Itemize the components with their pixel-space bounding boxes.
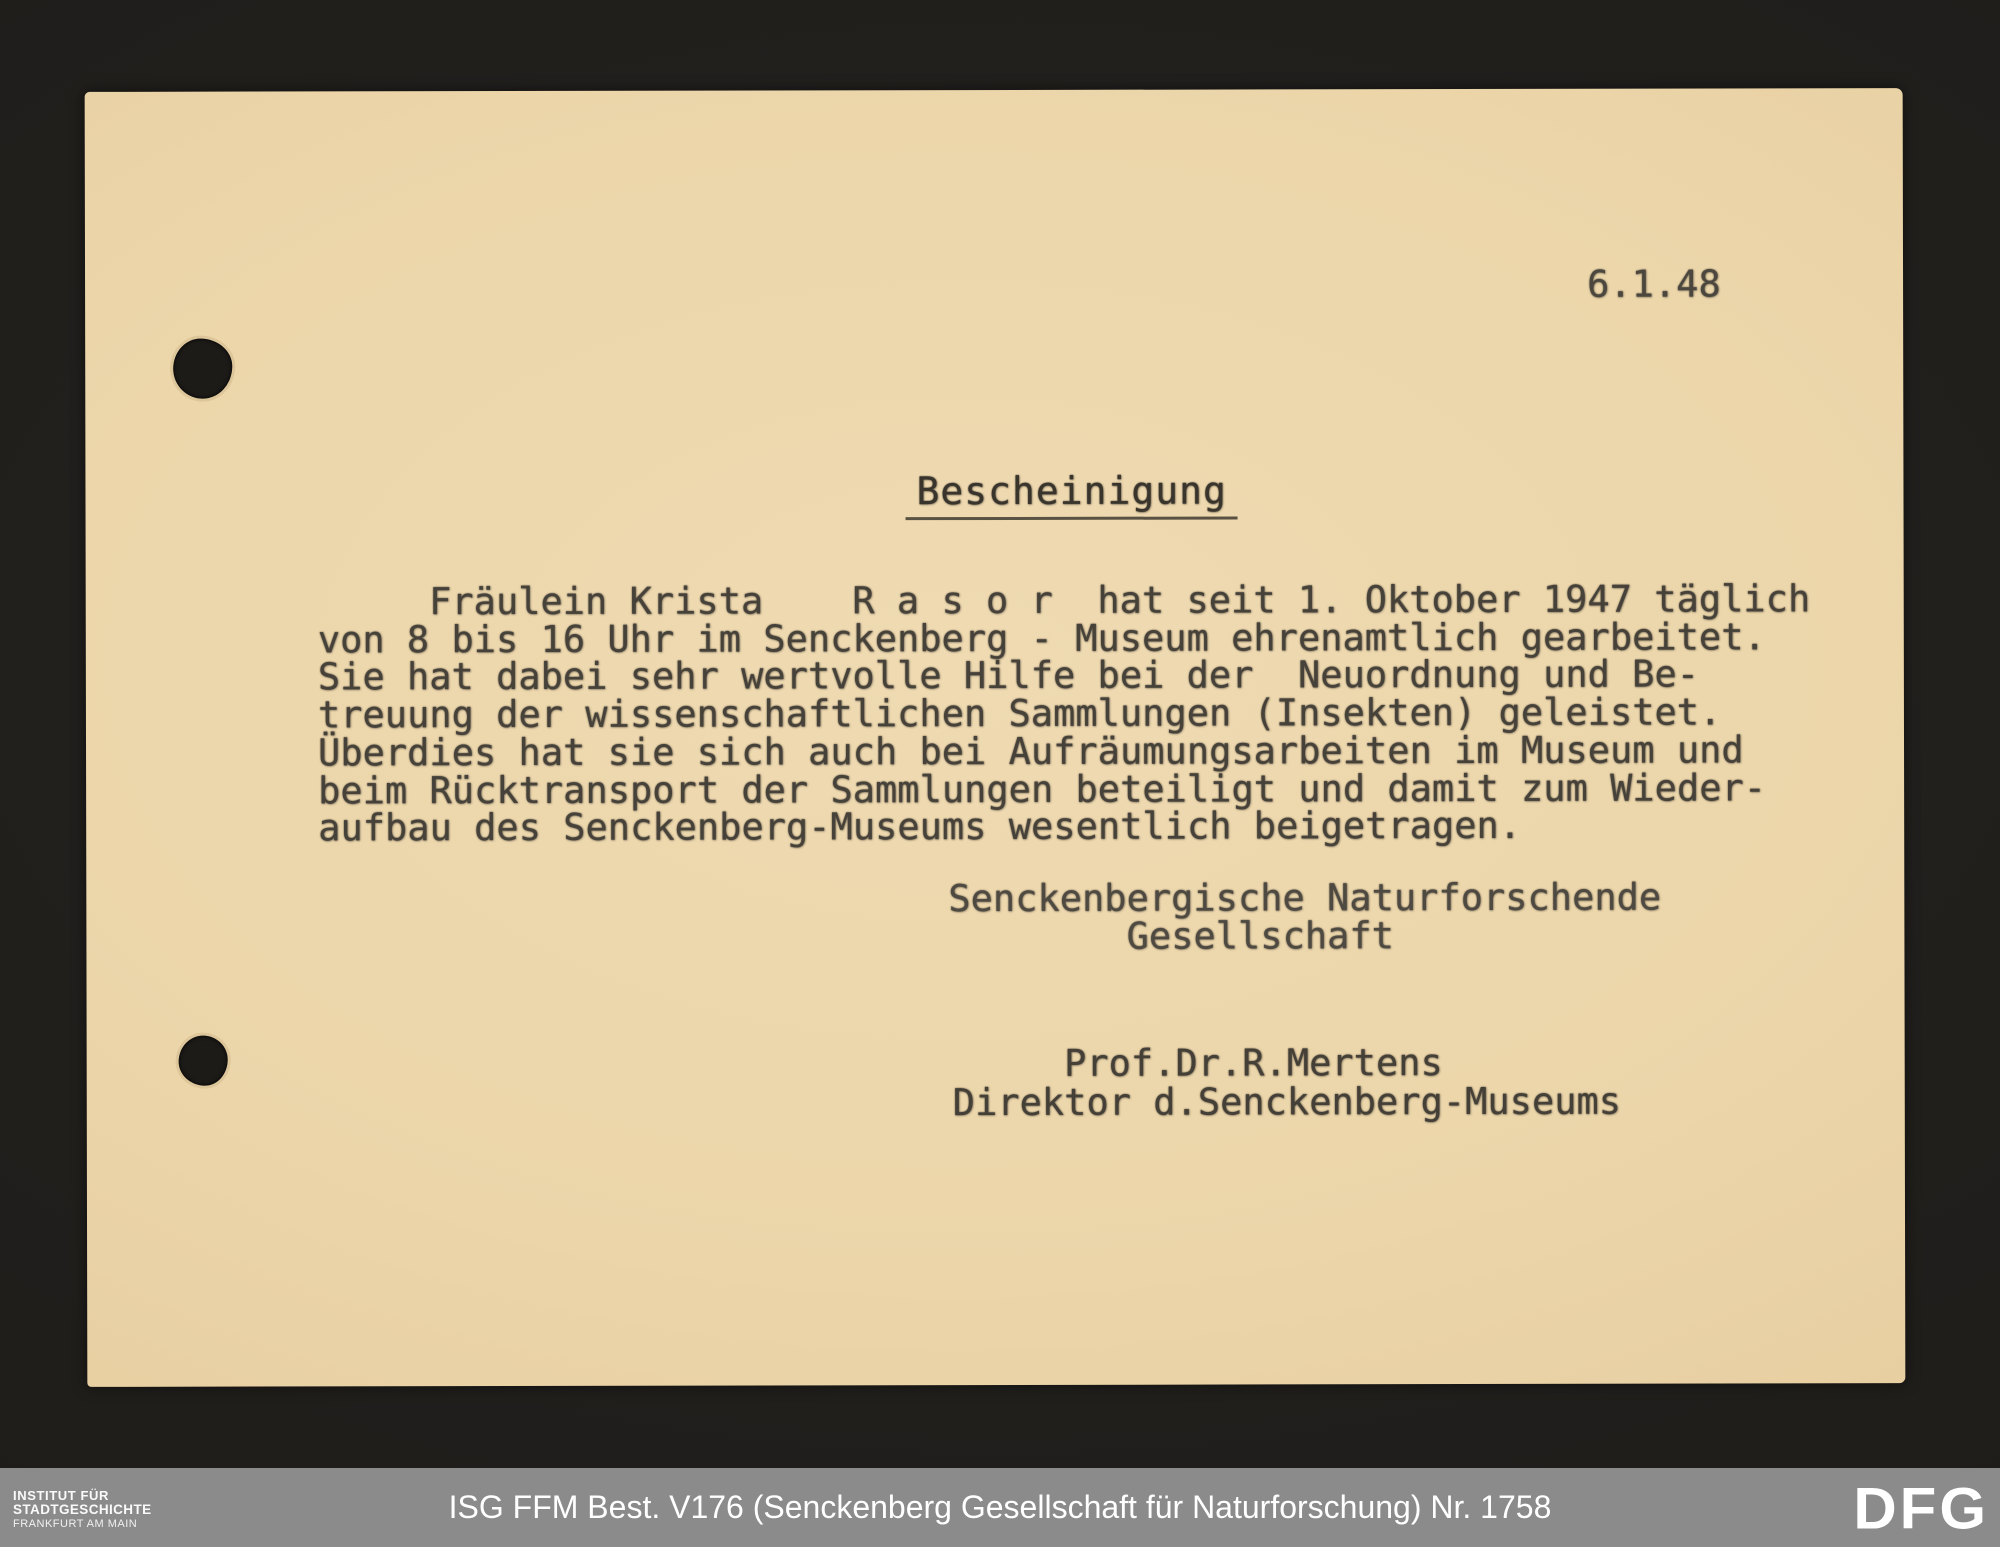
punch-hole-top xyxy=(173,339,232,399)
archive-reference-caption: ISG FFM Best. V176 (Senckenberg Gesellsc… xyxy=(0,1468,2000,1547)
document-date: 6.1.48 xyxy=(1587,264,1721,304)
document-page: 6.1.48 Bescheinigung Fräulein Krista R a… xyxy=(85,88,1906,1387)
document-body-text: Fräulein Krista R a s o r hat seit 1. Ok… xyxy=(318,580,1811,847)
punch-hole-bottom xyxy=(179,1036,228,1086)
isg-logo-line1: INSTITUT FÜR xyxy=(13,1489,152,1503)
archive-footer-bar: ISG FFM Best. V176 (Senckenberg Gesellsc… xyxy=(0,1468,2000,1547)
isg-logo-line3: FRANKFURT AM MAIN xyxy=(13,1517,152,1531)
organization-signature: Senckenbergische Naturforschende Gesells… xyxy=(948,879,1661,956)
document-title: Bescheinigung xyxy=(905,469,1238,520)
signatory-block: Prof.Dr.R.Mertens Direktor d.Senckenberg… xyxy=(953,1044,1621,1122)
isg-logo-line2: STADTGESCHICHTE xyxy=(13,1503,152,1517)
isg-logo: INSTITUT FÜR STADTGESCHICHTE FRANKFURT A… xyxy=(13,1489,152,1531)
dfg-logo: DFG xyxy=(1853,1475,1989,1543)
scan-background: 6.1.48 Bescheinigung Fräulein Krista R a… xyxy=(0,0,2000,1547)
